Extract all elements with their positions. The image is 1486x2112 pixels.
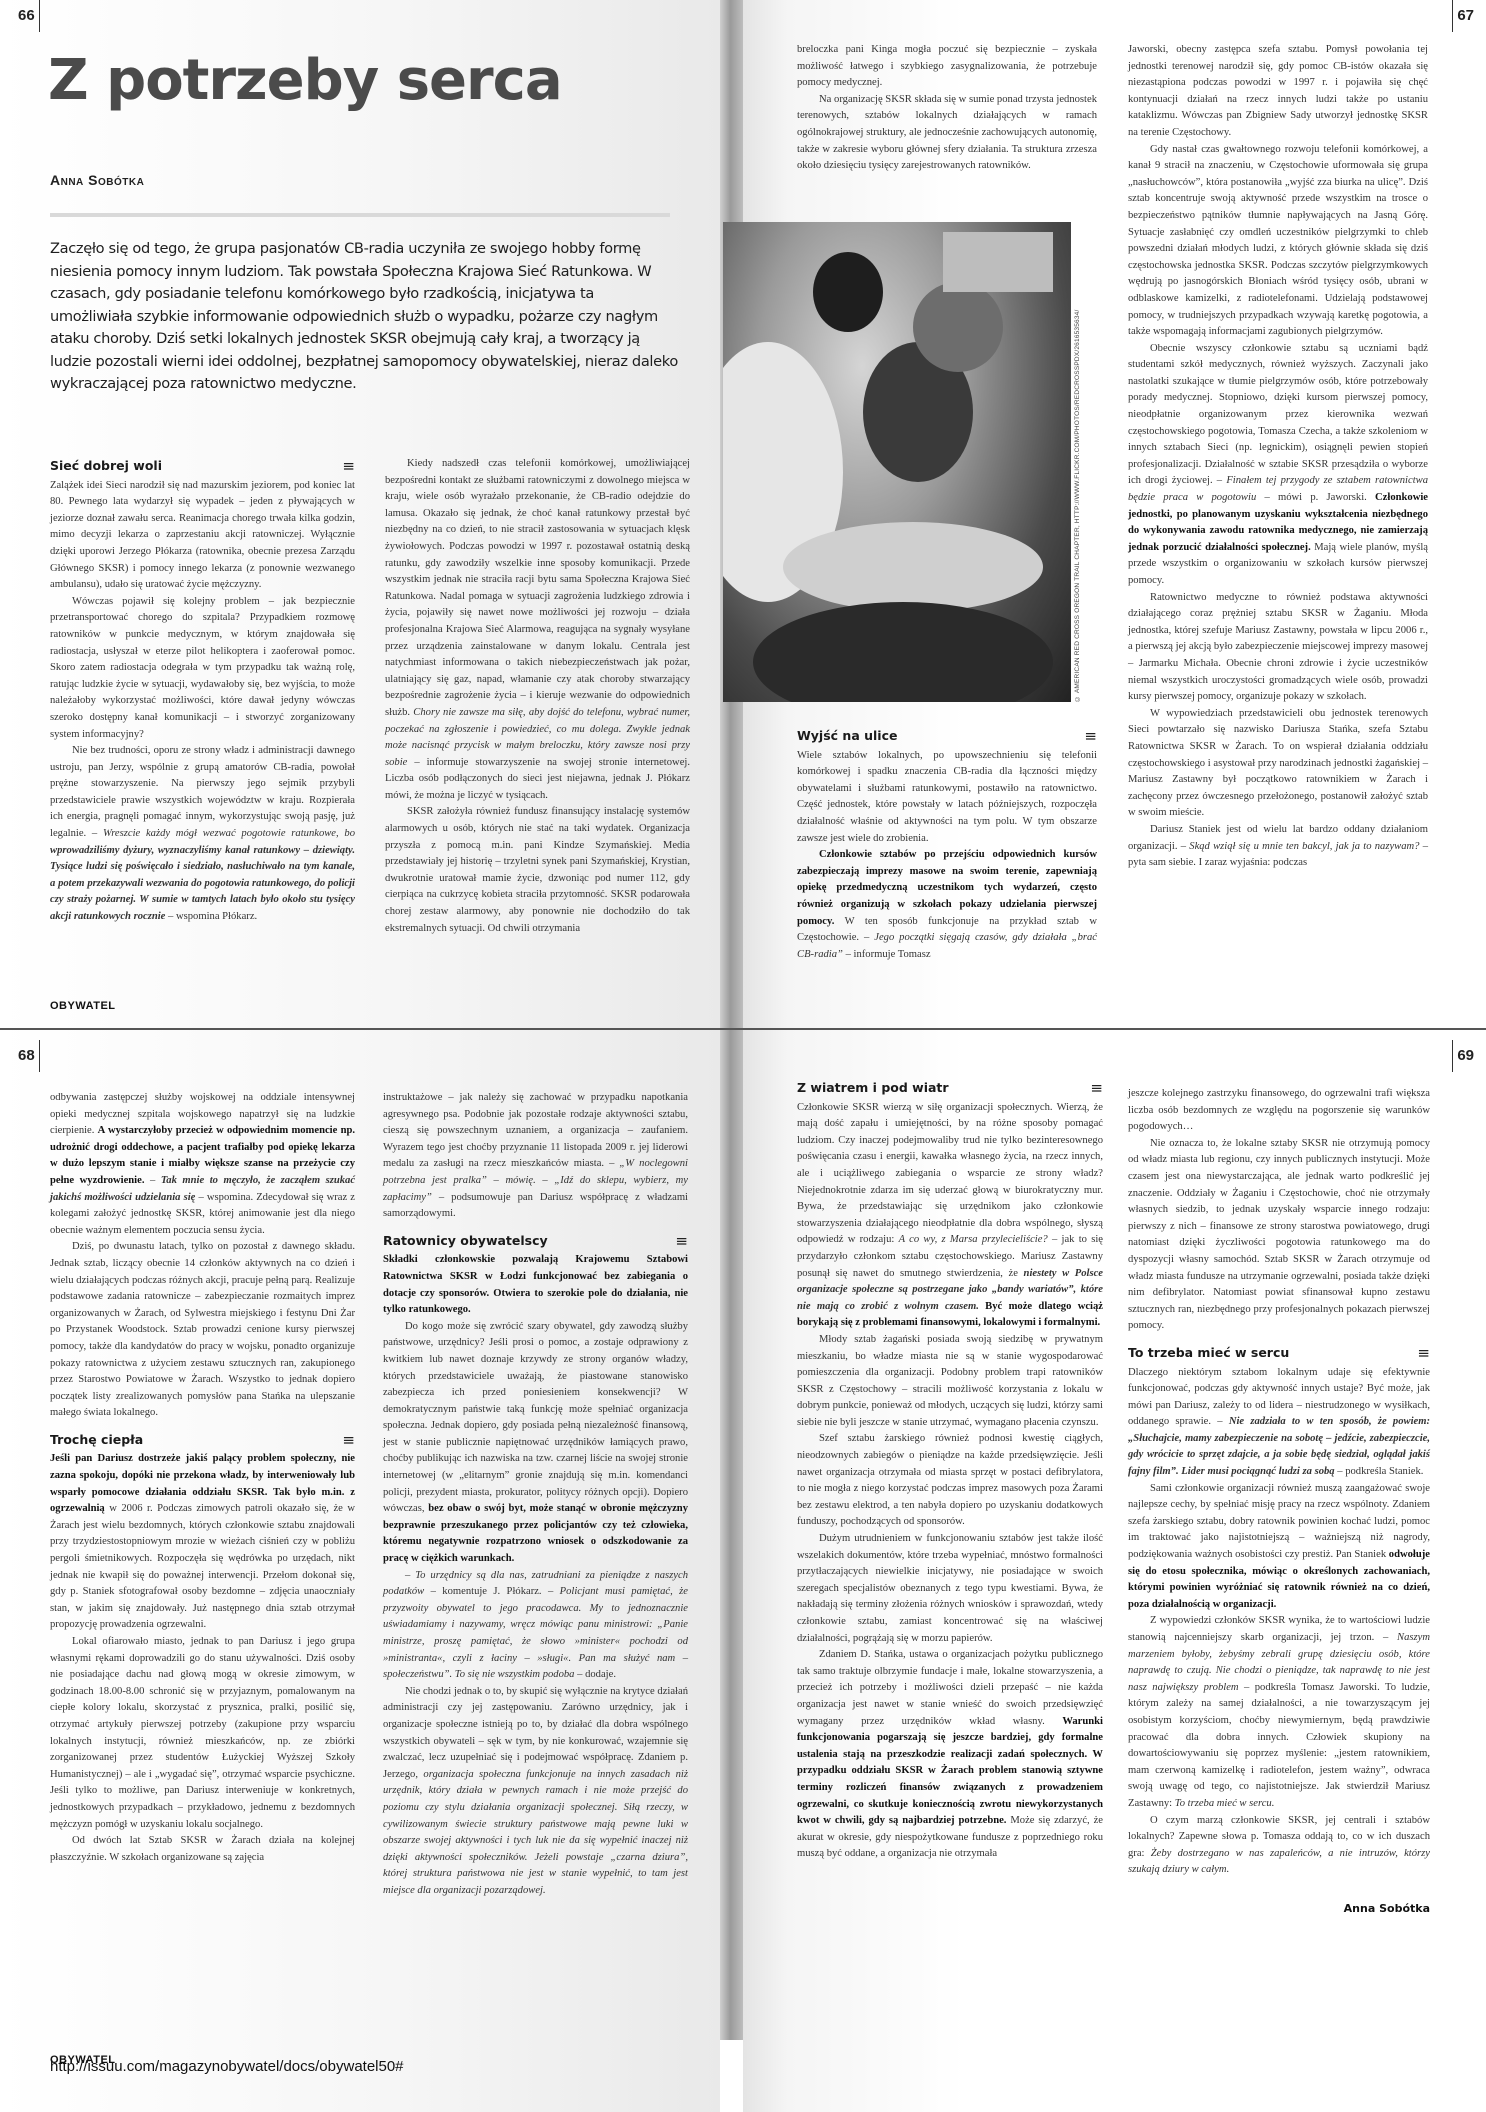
paragraph: Gdy nastał czas gwałtownego rozwoju tele… bbox=[1128, 142, 1428, 341]
paragraph: W wypowiedziach przedstawicieli obu jedn… bbox=[1128, 706, 1428, 822]
paragraph: Kiedy nadszedł czas telefonii komórkowej… bbox=[385, 456, 690, 804]
paragraph: – To urzędnicy są dla nas, zatrudniani z… bbox=[383, 1568, 688, 1684]
paragraph: jeszcze kolejnego zastrzyku finansowego,… bbox=[1128, 1086, 1430, 1136]
paragraph: breloczka pani Kinga mogła poczuć się be… bbox=[797, 42, 1097, 92]
page-gutter bbox=[720, 1030, 743, 2040]
section-heading: Ratownicy obywatelscy ≡ bbox=[383, 1233, 688, 1250]
column-68-1: odbywania zastępczej służby wojskowej na… bbox=[50, 1090, 355, 1866]
section-menu-icon[interactable]: ≡ bbox=[1090, 1080, 1103, 1097]
paragraph: Wiele sztabów lokalnych, po upowszechnie… bbox=[797, 748, 1097, 848]
photo-credit: © AMERICAN RED CROSS OREGON TRAIL CHAPTE… bbox=[1074, 222, 1088, 702]
spread-pages-66-67: 66 Z potrzeby serca Anna Sobótka Zaczęło… bbox=[0, 0, 1486, 1030]
section-heading: Wyjść na ulice ≡ bbox=[797, 728, 1097, 745]
paragraph: Jaworski, obecny zastępca szefa sztabu. … bbox=[1128, 42, 1428, 142]
section-title: Z wiatrem i pod wiatr bbox=[797, 1080, 949, 1097]
paragraph: Na organizację SKSR składa się w sumie p… bbox=[797, 92, 1097, 175]
section-title: Trochę ciepła bbox=[50, 1432, 143, 1449]
paragraph: instruktażowe – jak należy się zachować … bbox=[383, 1090, 688, 1223]
paragraph: Do kogo może się zwrócić szary obywatel,… bbox=[383, 1319, 688, 1568]
paragraph: Zdaniem D. Stańka, ustawa o organizacjac… bbox=[797, 1647, 1103, 1863]
article-author: Anna Sobótka bbox=[50, 172, 144, 188]
paragraph: Z wypowiedzi członków SKSR wynika, że to… bbox=[1128, 1613, 1430, 1812]
column-69-1: Z wiatrem i pod wiatr ≡ Członkowie SKSR … bbox=[797, 1080, 1103, 1863]
paragraph: SKSR założyła również fundusz finansując… bbox=[385, 804, 690, 937]
paragraph: Nie oznacza to, że lokalne sztaby SKSR n… bbox=[1128, 1136, 1430, 1335]
paragraph: Ratownictwo medyczne to również podstawa… bbox=[1128, 590, 1428, 706]
paragraph: O czym marzą członkowie SKSR, jej centra… bbox=[1128, 1813, 1430, 1879]
paragraph: Dziś, po dwunastu latach, tylko on pozos… bbox=[50, 1239, 355, 1422]
paragraph: Członkowie sztabów po przejściu odpowied… bbox=[797, 847, 1097, 963]
paragraph: odbywania zastępczej służby wojskowej na… bbox=[50, 1090, 355, 1239]
article-lead: Zaczęło się od tego, że grupa pasjonatów… bbox=[50, 238, 678, 396]
section-title: To trzeba mieć w sercu bbox=[1128, 1345, 1289, 1362]
author-signature: Anna Sobótka bbox=[1128, 1901, 1430, 1918]
page-number: 66 bbox=[18, 0, 40, 32]
column-69-2: jeszcze kolejnego zastrzyku finansowego,… bbox=[1128, 1086, 1430, 1918]
page-number: 69 bbox=[1452, 1040, 1474, 1072]
page-number: 67 bbox=[1452, 0, 1474, 32]
paragraph: Dużym utrudnieniem w funkcjonowaniu szta… bbox=[797, 1531, 1103, 1647]
section-heading: Z wiatrem i pod wiatr ≡ bbox=[797, 1080, 1103, 1097]
page-66: 66 Z potrzeby serca Anna Sobótka Zaczęło… bbox=[0, 0, 720, 1030]
section-title: Sieć dobrej woli bbox=[50, 458, 162, 475]
paragraph: Obecnie wszyscy członkowie sztabu są ucz… bbox=[1128, 341, 1428, 590]
paragraph: Lokal ofiarowało miasto, jednak to pan D… bbox=[50, 1634, 355, 1833]
section-heading: Trochę ciepła ≡ bbox=[50, 1432, 355, 1449]
column-66-1: Sieć dobrej woli ≡ Zalążek idei Sieci na… bbox=[50, 448, 355, 926]
article-photo-first-aid-training bbox=[723, 222, 1071, 702]
page-68: 68 odbywania zastępczej służby wojskowej… bbox=[0, 1030, 720, 2112]
section-heading: To trzeba mieć w sercu ≡ bbox=[1128, 1345, 1430, 1362]
paragraph: Członkowie SKSR wierzą w siłę organizacj… bbox=[797, 1100, 1103, 1332]
paragraph: Szef sztabu żarskiego również podnosi kw… bbox=[797, 1431, 1103, 1531]
paragraph: Jeśli pan Dariusz dostrzeże jakiś palący… bbox=[50, 1451, 355, 1634]
source-url-link[interactable]: http://issuu.com/magazynobywatel/docs/ob… bbox=[50, 2058, 404, 2075]
page-69: 69 Z wiatrem i pod wiatr ≡ Członkowie SK… bbox=[743, 1030, 1486, 2112]
section-menu-icon[interactable]: ≡ bbox=[342, 1432, 355, 1449]
column-67-1-top: breloczka pani Kinga mogła poczuć się be… bbox=[797, 42, 1097, 175]
paragraph: Nie bez trudności, oporu ze strony władz… bbox=[50, 743, 355, 926]
column-67-2: Jaworski, obecny zastępca szefa sztabu. … bbox=[1128, 42, 1428, 872]
spread-pages-68-69: 68 odbywania zastępczej służby wojskowej… bbox=[0, 1030, 1486, 2112]
paragraph: Nie chodzi jednak o to, by skupić się wy… bbox=[383, 1684, 688, 1900]
section-title: Wyjść na ulice bbox=[797, 728, 897, 745]
column-67-1-bottom: Wyjść na ulice ≡ Wiele sztabów lokalnych… bbox=[797, 718, 1097, 963]
title-rule bbox=[50, 213, 670, 217]
paragraph: Wówczas pojawił się kolejny problem – ja… bbox=[50, 594, 355, 743]
paragraph: Sami członkowie organizacji również musz… bbox=[1128, 1481, 1430, 1614]
paragraph: Dariusz Staniek jest od wielu lat bardzo… bbox=[1128, 822, 1428, 872]
column-68-2: instruktażowe – jak należy się zachować … bbox=[383, 1090, 688, 1900]
page-number: 68 bbox=[18, 1040, 40, 1072]
section-menu-icon[interactable]: ≡ bbox=[1084, 728, 1097, 745]
section-title: Ratownicy obywatelscy bbox=[383, 1233, 548, 1250]
paragraph: Dlaczego niektórym sztabom lokalnym udaj… bbox=[1128, 1365, 1430, 1481]
magazine-logo: OBYWATEL bbox=[50, 1000, 116, 1012]
column-66-2: Kiedy nadszedł czas telefonii komórkowej… bbox=[385, 456, 690, 937]
paragraph: Zalążek idei Sieci narodził się nad mazu… bbox=[50, 478, 355, 594]
paragraph: Od dwóch lat Sztab SKSR w Żarach działa … bbox=[50, 1833, 355, 1866]
section-heading: Sieć dobrej woli ≡ bbox=[50, 458, 355, 475]
section-menu-icon[interactable]: ≡ bbox=[1417, 1345, 1430, 1362]
section-menu-icon[interactable]: ≡ bbox=[675, 1233, 688, 1250]
paragraph: Składki członkowskie pozwalają Krajowemu… bbox=[383, 1252, 688, 1318]
article-title: Z potrzeby serca bbox=[48, 48, 562, 113]
section-menu-icon[interactable]: ≡ bbox=[342, 458, 355, 475]
paragraph: Młody sztab żagański posiada swoją siedz… bbox=[797, 1332, 1103, 1432]
